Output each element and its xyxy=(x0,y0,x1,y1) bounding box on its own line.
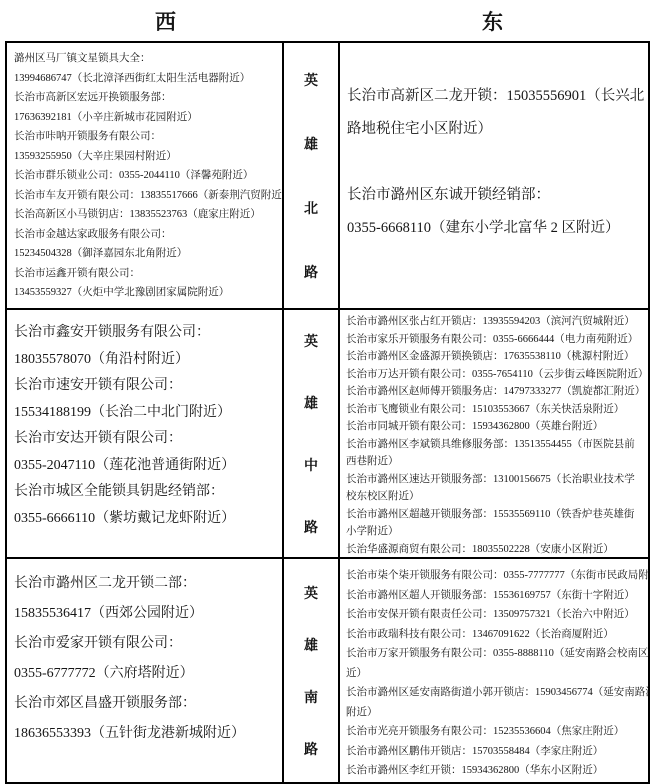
entry-line: 长治华盛源商贸有限公司：18035502228（安康小区附近） xyxy=(346,541,646,558)
entry-line: 17636392181（小辛庄新城市花园附近） xyxy=(14,108,278,128)
entry-line: 长治市鑫安开锁服务有限公司： xyxy=(14,320,278,347)
entry-line: 18035578070（角沿村附近） xyxy=(14,347,278,374)
road-label-hero-south: 英雄南路 xyxy=(284,559,340,782)
entry-line: 长治市高新区宏远开换锁服务部： xyxy=(14,88,278,108)
east-listings-north: 长治市高新区二龙开锁：15035556901（长兴北路地税住宅小区附近） 长治市… xyxy=(340,43,648,308)
road-name-character: 中 xyxy=(304,455,318,475)
entry-line: 15835536417（西郊公园附近） xyxy=(14,599,278,629)
entry-line: 0355-6777772（六府塔附近） xyxy=(14,659,278,689)
section-hero-north-road: 潞州区马厂镇文星锁具大全：13994686747（长北漳泽西街红太阳生活电器附近… xyxy=(7,43,648,308)
entry-line: 长治市潞州区超人开锁服务部：15536169757（东街十字附近） xyxy=(346,586,646,606)
entry-line: 长治市群乐锁业公司：0355-2044110（泽馨苑附近） xyxy=(14,166,278,186)
direction-east-label: 东 xyxy=(332,6,654,36)
entry-line: 长治市潞州区张占红开锁店：13935594203（滨河汽贸城附近） xyxy=(346,313,646,331)
road-name-character: 雄 xyxy=(304,393,318,413)
entry-line: 长治市潞州区延安南路街道小郭开锁店：15903456774（延安南路淮海 xyxy=(346,683,646,703)
section-hero-south-road: 长治市潞州区二龙开锁二部：15835536417（西郊公园附近）长治市爱家开锁有… xyxy=(7,557,648,782)
entry-line: 长治市潞州区李红开锁：15934362800（华东小区附近） xyxy=(346,761,646,781)
road-name-character: 路 xyxy=(304,739,318,759)
entry-line: 长治市爱家开锁有限公司： xyxy=(14,629,278,659)
entry-line: 路地税住宅小区附近） xyxy=(347,113,644,146)
entry-line: 长治市潞州区鹏伟开锁店：15703558484（李家庄附近） xyxy=(346,742,646,762)
entry-line: 长治市潞州区速达开锁服务部：13100156675（长治职业技术学 xyxy=(346,471,646,489)
entry-line: 长治市高新区二龙开锁：15035556901（长兴北 xyxy=(347,80,644,113)
entry-line: 长治市光亮开锁服务有限公司：15235536604（焦家庄附近） xyxy=(346,722,646,742)
entry-line: 长治市飞鹰锁业有限公司：15103553667（东关快活泉附近） xyxy=(346,401,646,419)
road-name-character: 路 xyxy=(304,517,318,537)
entry-line: 长治市万达开锁有限公司：0355-7654110（云步街云峰医院附近） xyxy=(346,366,646,384)
entry-line: 长治市潞州区金盛源开锁换锁店：17635538110（桃源村附近） xyxy=(346,348,646,366)
entry-line: 长治市潞州区二龙开锁二部： xyxy=(14,569,278,599)
road-label-hero-middle: 英雄中路 xyxy=(284,310,340,557)
entry-line: 校东校区附近） xyxy=(346,488,646,506)
entry-line: 0355-2047110（莲花池普通街附近） xyxy=(14,453,278,480)
entry-line: 长治市安保开锁有限责任公司：13509757321（长治六中附近） xyxy=(346,605,646,625)
entry-line: 长治市速安开锁有限公司： xyxy=(14,373,278,400)
west-listings-north: 潞州区马厂镇文星锁具大全：13994686747（长北漳泽西街红太阳生活电器附近… xyxy=(7,43,284,308)
entry-line: 西巷附近） xyxy=(346,453,646,471)
directory-table: 潞州区马厂镇文星锁具大全：13994686747（长北漳泽西街红太阳生活电器附近… xyxy=(5,41,650,784)
road-name-character: 英 xyxy=(304,70,318,90)
entry-line: 15534188199（长治二中北门附近） xyxy=(14,400,278,427)
locksmith-directory-page: 西 东 潞州区马厂镇文星锁具大全：13994686747（长北漳泽西街红太阳生活… xyxy=(0,0,654,784)
entry-line xyxy=(347,146,644,179)
entry-line: 长治市潞州区赵师傅开锁服务店：14797333277（凯旋都汇附近） xyxy=(346,383,646,401)
road-name-character: 雄 xyxy=(304,635,318,655)
west-listings-middle: 长治市鑫安开锁服务有限公司：18035578070（角沿村附近）长治市速安开锁有… xyxy=(7,310,284,557)
entry-line: 近） xyxy=(346,664,646,684)
entry-line: 18636553393（五针街龙港新城附近） xyxy=(14,719,278,749)
west-listings-south: 长治市潞州区二龙开锁二部：15835536417（西郊公园附近）长治市爱家开锁有… xyxy=(7,559,284,782)
section-hero-middle-road: 长治市鑫安开锁服务有限公司：18035578070（角沿村附近）长治市速安开锁有… xyxy=(7,308,648,557)
direction-header: 西 东 xyxy=(0,0,654,41)
entry-line: 长治市政瑞科技有限公司：13467091622（长治商厦附近） xyxy=(346,625,646,645)
entry-line: 长治市柒个柒开锁服务有限公司：0355-7777777（东街市民政局附近） xyxy=(346,566,646,586)
entry-line: 长治市家乐开锁服务有限公司：0355-6666444（电力南苑附近） xyxy=(346,331,646,349)
entry-line: 长治市潞州区李斌锁具维修服务部：13513554455（市医院县前 xyxy=(346,436,646,454)
entry-line: 长治市潞州区超越开锁服务部：15535569110（铁香炉巷英雄街 xyxy=(346,506,646,524)
entry-line: 长治市安达开锁有限公司： xyxy=(14,426,278,453)
entry-line: 长治市咔呐开锁服务有限公司： xyxy=(14,127,278,147)
east-listings-middle: 长治市潞州区张占红开锁店：13935594203（滨河汽贸城附近）长治市家乐开锁… xyxy=(340,310,648,557)
entry-line: 13453559327（火炬中学北豫剧团家属院附近） xyxy=(14,283,278,303)
entry-line: 0355-6668110（建东小学北富华 2 区附近） xyxy=(347,212,644,245)
direction-west-label: 西 xyxy=(0,6,332,36)
road-name-character: 南 xyxy=(304,687,318,707)
entry-line: 长治市潞州区东诚开锁经销部： xyxy=(347,179,644,212)
entry-line: 长治市运鑫开锁有限公司： xyxy=(14,264,278,284)
entry-line: 0355-6666110（紫坊戴记龙虾附近） xyxy=(14,506,278,533)
entry-line: 长治市车友开锁有限公司：13835517666（新泰荆汽贸附近） xyxy=(14,186,278,206)
road-label-hero-north: 英雄北路 xyxy=(284,43,340,308)
entry-line: 长治市城区全能锁具钥匙经销部： xyxy=(14,479,278,506)
entry-line: 15234504328（御泽嘉园东北角附近） xyxy=(14,244,278,264)
entry-line: 长治市万家开锁服务有限公司：0355-8888110（延安南路会校南区附 xyxy=(346,644,646,664)
entry-line: 附近） xyxy=(346,703,646,723)
entry-line: 小学附近） xyxy=(346,523,646,541)
east-listings-south: 长治市柒个柒开锁服务有限公司：0355-7777777（东街市民政局附近）长治市… xyxy=(340,559,648,782)
entry-line: 长治高新区小马锁钥店：13835523763（鹿家庄附近） xyxy=(14,205,278,225)
road-name-character: 英 xyxy=(304,331,318,351)
road-name-character: 雄 xyxy=(304,134,318,154)
entry-line: 长治市郊区昌盛开锁服务部： xyxy=(14,689,278,719)
road-name-character: 英 xyxy=(304,583,318,603)
entry-line: 13593255950（大辛庄果园村附近） xyxy=(14,147,278,167)
road-name-character: 北 xyxy=(304,198,318,218)
entry-line: 潞州区马厂镇文星锁具大全： xyxy=(14,49,278,69)
entry-line: 13994686747（长北漳泽西街红太阳生活电器附近） xyxy=(14,69,278,89)
entry-line: 长治市金越达家政服务有限公司： xyxy=(14,225,278,245)
road-name-character: 路 xyxy=(304,262,318,282)
entry-line: 长治市同城开锁有限公司：15934362800（英雄台附近） xyxy=(346,418,646,436)
